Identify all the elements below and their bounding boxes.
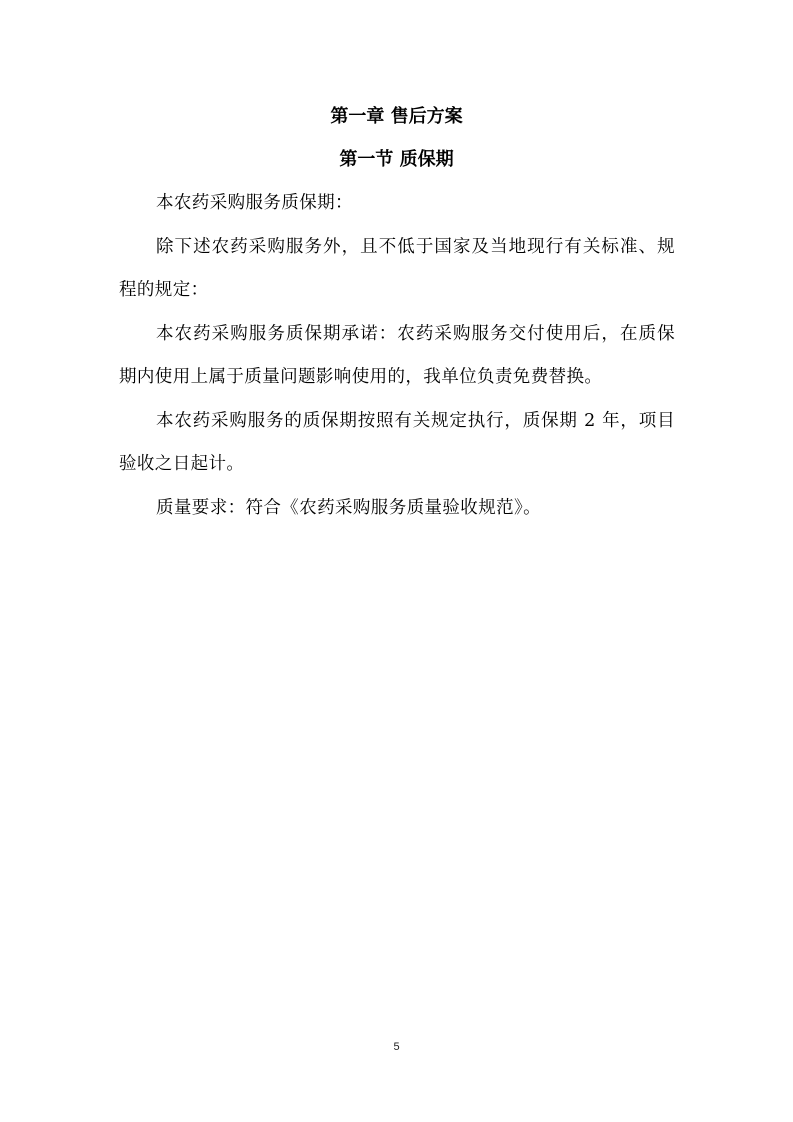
- paragraph-quality-requirement: 质量要求：符合《农药采购服务质量验收规范》。: [119, 487, 675, 531]
- body-text: 本农药采购服务质保期： 除下述农药采购服务外，且不低于国家及当地现行有关标准、规…: [119, 182, 675, 530]
- page-number: 5: [0, 1041, 793, 1053]
- document-page: 第一章 售后方案 第一节 质保期 本农药采购服务质保期： 除下述农药采购服务外，…: [0, 0, 793, 1122]
- chapter-title: 第一章 售后方案: [0, 105, 793, 129]
- paragraph-commitment: 本农药采购服务质保期承诺：农药采购服务交付使用后，在质保期内使用上属于质量问题影…: [119, 313, 675, 400]
- paragraph-warranty-intro: 本农药采购服务质保期：: [119, 182, 675, 226]
- paragraph-warranty-period: 本农药采购服务的质保期按照有关规定执行，质保期 2 年，项目验收之日起计。: [119, 400, 675, 487]
- paragraph-standards: 除下述农药采购服务外，且不低于国家及当地现行有关标准、规程的规定：: [119, 226, 675, 313]
- section-title: 第一节 质保期: [0, 148, 793, 172]
